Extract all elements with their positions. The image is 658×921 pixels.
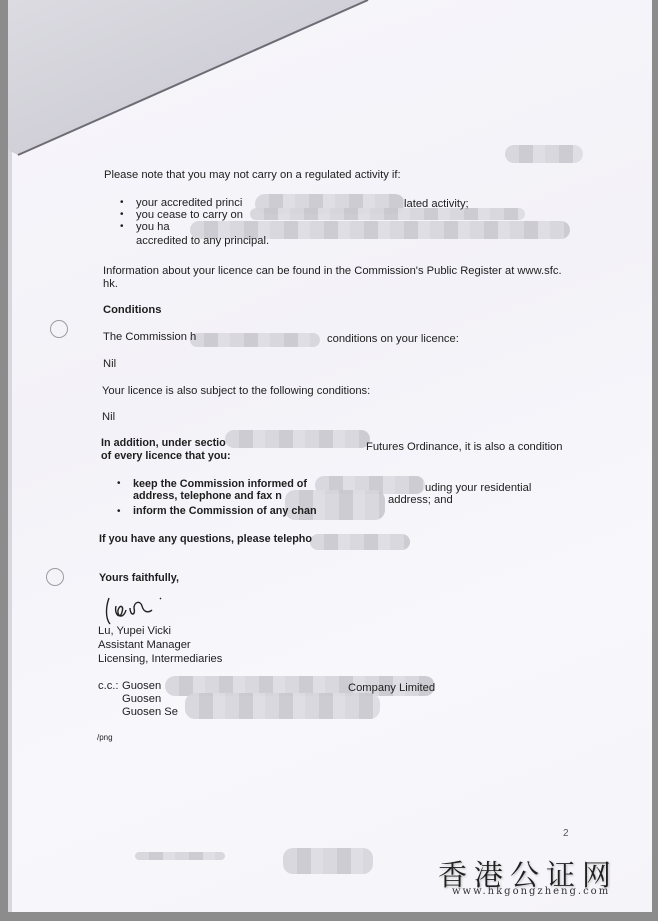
address-line-start: address, telephone and fax n (133, 490, 282, 503)
punch-hole-icon (46, 568, 64, 586)
nil-1: Nil (103, 358, 116, 371)
cc-line-2: Guosen (122, 693, 161, 706)
questions-line: If you have any questions, please teleph… (99, 533, 312, 546)
address-line-end: address; and (388, 494, 453, 507)
cc-line-3: Guosen Se (122, 706, 178, 719)
folded-corner (8, 0, 378, 160)
commission-line-end: conditions on your licence: (327, 333, 459, 346)
signatory-title: Assistant Manager (98, 639, 191, 652)
redaction (190, 333, 320, 347)
bullet-icon: • (120, 221, 124, 232)
redaction (310, 534, 410, 550)
addition-line-1-end: Futures Ordinance, it is also a conditio… (366, 441, 563, 454)
addition-line-2: of every licence that you: (101, 450, 231, 463)
redaction (185, 693, 380, 719)
conditions-heading: Conditions (103, 304, 161, 317)
bullet-1-end: lated activity; (404, 198, 469, 211)
inform-change-start: inform the Commission of any chan (133, 505, 317, 518)
bullet-icon: • (120, 209, 124, 220)
cc-line-1-start: Guosen (122, 680, 161, 693)
bullet-3-start: you ha (136, 221, 170, 234)
subject-line: Your licence is also subject to the foll… (102, 385, 370, 398)
cc-label: c.c.: (98, 680, 119, 693)
redaction (135, 852, 225, 860)
redaction (505, 145, 583, 163)
bullet-3-continuation: accredited to any principal. (136, 235, 269, 248)
watermark-url: www.hkgongzheng.com (452, 886, 610, 897)
bullet-icon: • (117, 506, 121, 517)
register-line-1: Information about your licence can be fo… (103, 265, 562, 278)
nil-2: Nil (102, 411, 115, 424)
closing: Yours faithfully, (99, 572, 179, 585)
cc-line-1-end: Company Limited (348, 682, 435, 695)
page-number: 2 (563, 828, 569, 839)
redaction (283, 848, 373, 874)
register-line-2: hk. (103, 278, 118, 291)
reference-code: /png (97, 731, 113, 744)
intro-text: Please note that you may not carry on a … (104, 169, 401, 182)
addition-line-1-start: In addition, under sectio (101, 437, 226, 450)
signatory-dept: Licensing, Intermediaries (98, 653, 222, 666)
redaction (225, 430, 370, 448)
signatory-name: Lu, Yupei Vicki (98, 625, 171, 638)
signature-icon (100, 596, 180, 626)
bullet-icon: • (117, 478, 121, 489)
redaction (250, 208, 525, 220)
bullet-icon: • (120, 197, 124, 208)
commission-line-start: The Commission h (103, 331, 196, 344)
punch-hole-icon (50, 320, 68, 338)
